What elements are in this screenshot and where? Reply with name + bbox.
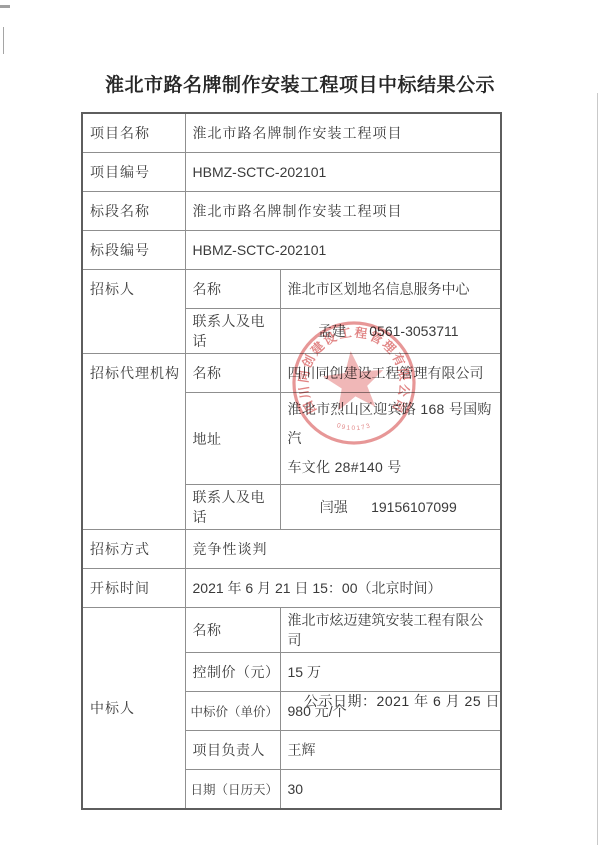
winner-control-price-value: 15 万 — [280, 653, 501, 692]
publication-date: 公示日期：2021 年 6 月 25 日 — [81, 691, 500, 711]
method-label: 招标方式 — [82, 530, 185, 569]
table-row: 项目编号 HBMZ-SCTC-202101 — [82, 153, 501, 192]
table-row: 标段名称 淮北市路名牌制作安装工程项目 — [82, 192, 501, 231]
tenderer-contact-label: 联系人及电话 — [185, 309, 280, 354]
method-value: 竞争性谈判 — [185, 530, 501, 569]
section-name-value: 淮北市路名牌制作安装工程项目 — [185, 192, 501, 231]
winner-name-value: 淮北市炫迈建筑安装工程有限公司 — [280, 608, 501, 653]
agency-contact-value: 闫强 19156107099 — [280, 485, 501, 530]
open-time-label: 开标时间 — [82, 569, 185, 608]
table-row: 招标人 名称 淮北市区划地名信息服务中心 — [82, 270, 501, 309]
table-row: 项目名称 淮北市路名牌制作安装工程项目 — [82, 113, 501, 153]
tenderer-name-label: 名称 — [185, 270, 280, 309]
project-no-value: HBMZ-SCTC-202101 — [185, 153, 501, 192]
tenderer-name-value: 淮北市区划地名信息服务中心 — [280, 270, 501, 309]
table-row: 招标方式 竞争性谈判 — [82, 530, 501, 569]
open-time-value: 2021 年 6 月 21 日 15：00（北京时间） — [185, 569, 501, 608]
section-no-value: HBMZ-SCTC-202101 — [185, 231, 501, 270]
section-name-label: 标段名称 — [82, 192, 185, 231]
table-row: 中标人 名称 淮北市炫迈建筑安装工程有限公司 — [82, 608, 501, 653]
winner-name-label: 名称 — [185, 608, 280, 653]
agency-address-label: 地址 — [185, 393, 280, 485]
project-no-label: 项目编号 — [82, 153, 185, 192]
scan-artifact-right — [597, 93, 598, 845]
winner-duration-label: 日期（日历天） — [185, 770, 280, 810]
table-row: 标段编号 HBMZ-SCTC-202101 — [82, 231, 501, 270]
table-row: 招标代理机构 名称 四川同创建设工程管理有限公司 — [82, 354, 501, 393]
winner-duration-value: 30 — [280, 770, 501, 810]
agency-label: 招标代理机构 — [82, 354, 185, 530]
winner-manager-value: 王辉 — [280, 731, 501, 770]
winner-control-price-label: 控制价（元） — [185, 653, 280, 692]
page-title: 淮北市路名牌制作安装工程项目中标结果公示 — [0, 70, 600, 97]
tenderer-label: 招标人 — [82, 270, 185, 354]
section-no-label: 标段编号 — [82, 231, 185, 270]
scan-artifact-top — [0, 5, 10, 8]
tenderer-contact-value: 孟建 0561-3053711 — [280, 309, 501, 354]
table-row: 开标时间 2021 年 6 月 21 日 15：00（北京时间） — [82, 569, 501, 608]
winner-manager-label: 项目负责人 — [185, 731, 280, 770]
scan-artifact-left — [3, 27, 4, 54]
project-name-label: 项目名称 — [82, 113, 185, 153]
document-page: 淮北市路名牌制作安装工程项目中标结果公示 项目名称 淮北市路名牌制作安装工程项目… — [0, 0, 600, 848]
project-name-value: 淮北市路名牌制作安装工程项目 — [185, 113, 501, 153]
agency-address-value: 淮北市烈山区迎宾路 168 号国购汽 车文化 28#140 号 — [280, 393, 501, 485]
agency-contact-label: 联系人及电话 — [185, 485, 280, 530]
agency-name-label: 名称 — [185, 354, 280, 393]
agency-name-value: 四川同创建设工程管理有限公司 — [280, 354, 501, 393]
